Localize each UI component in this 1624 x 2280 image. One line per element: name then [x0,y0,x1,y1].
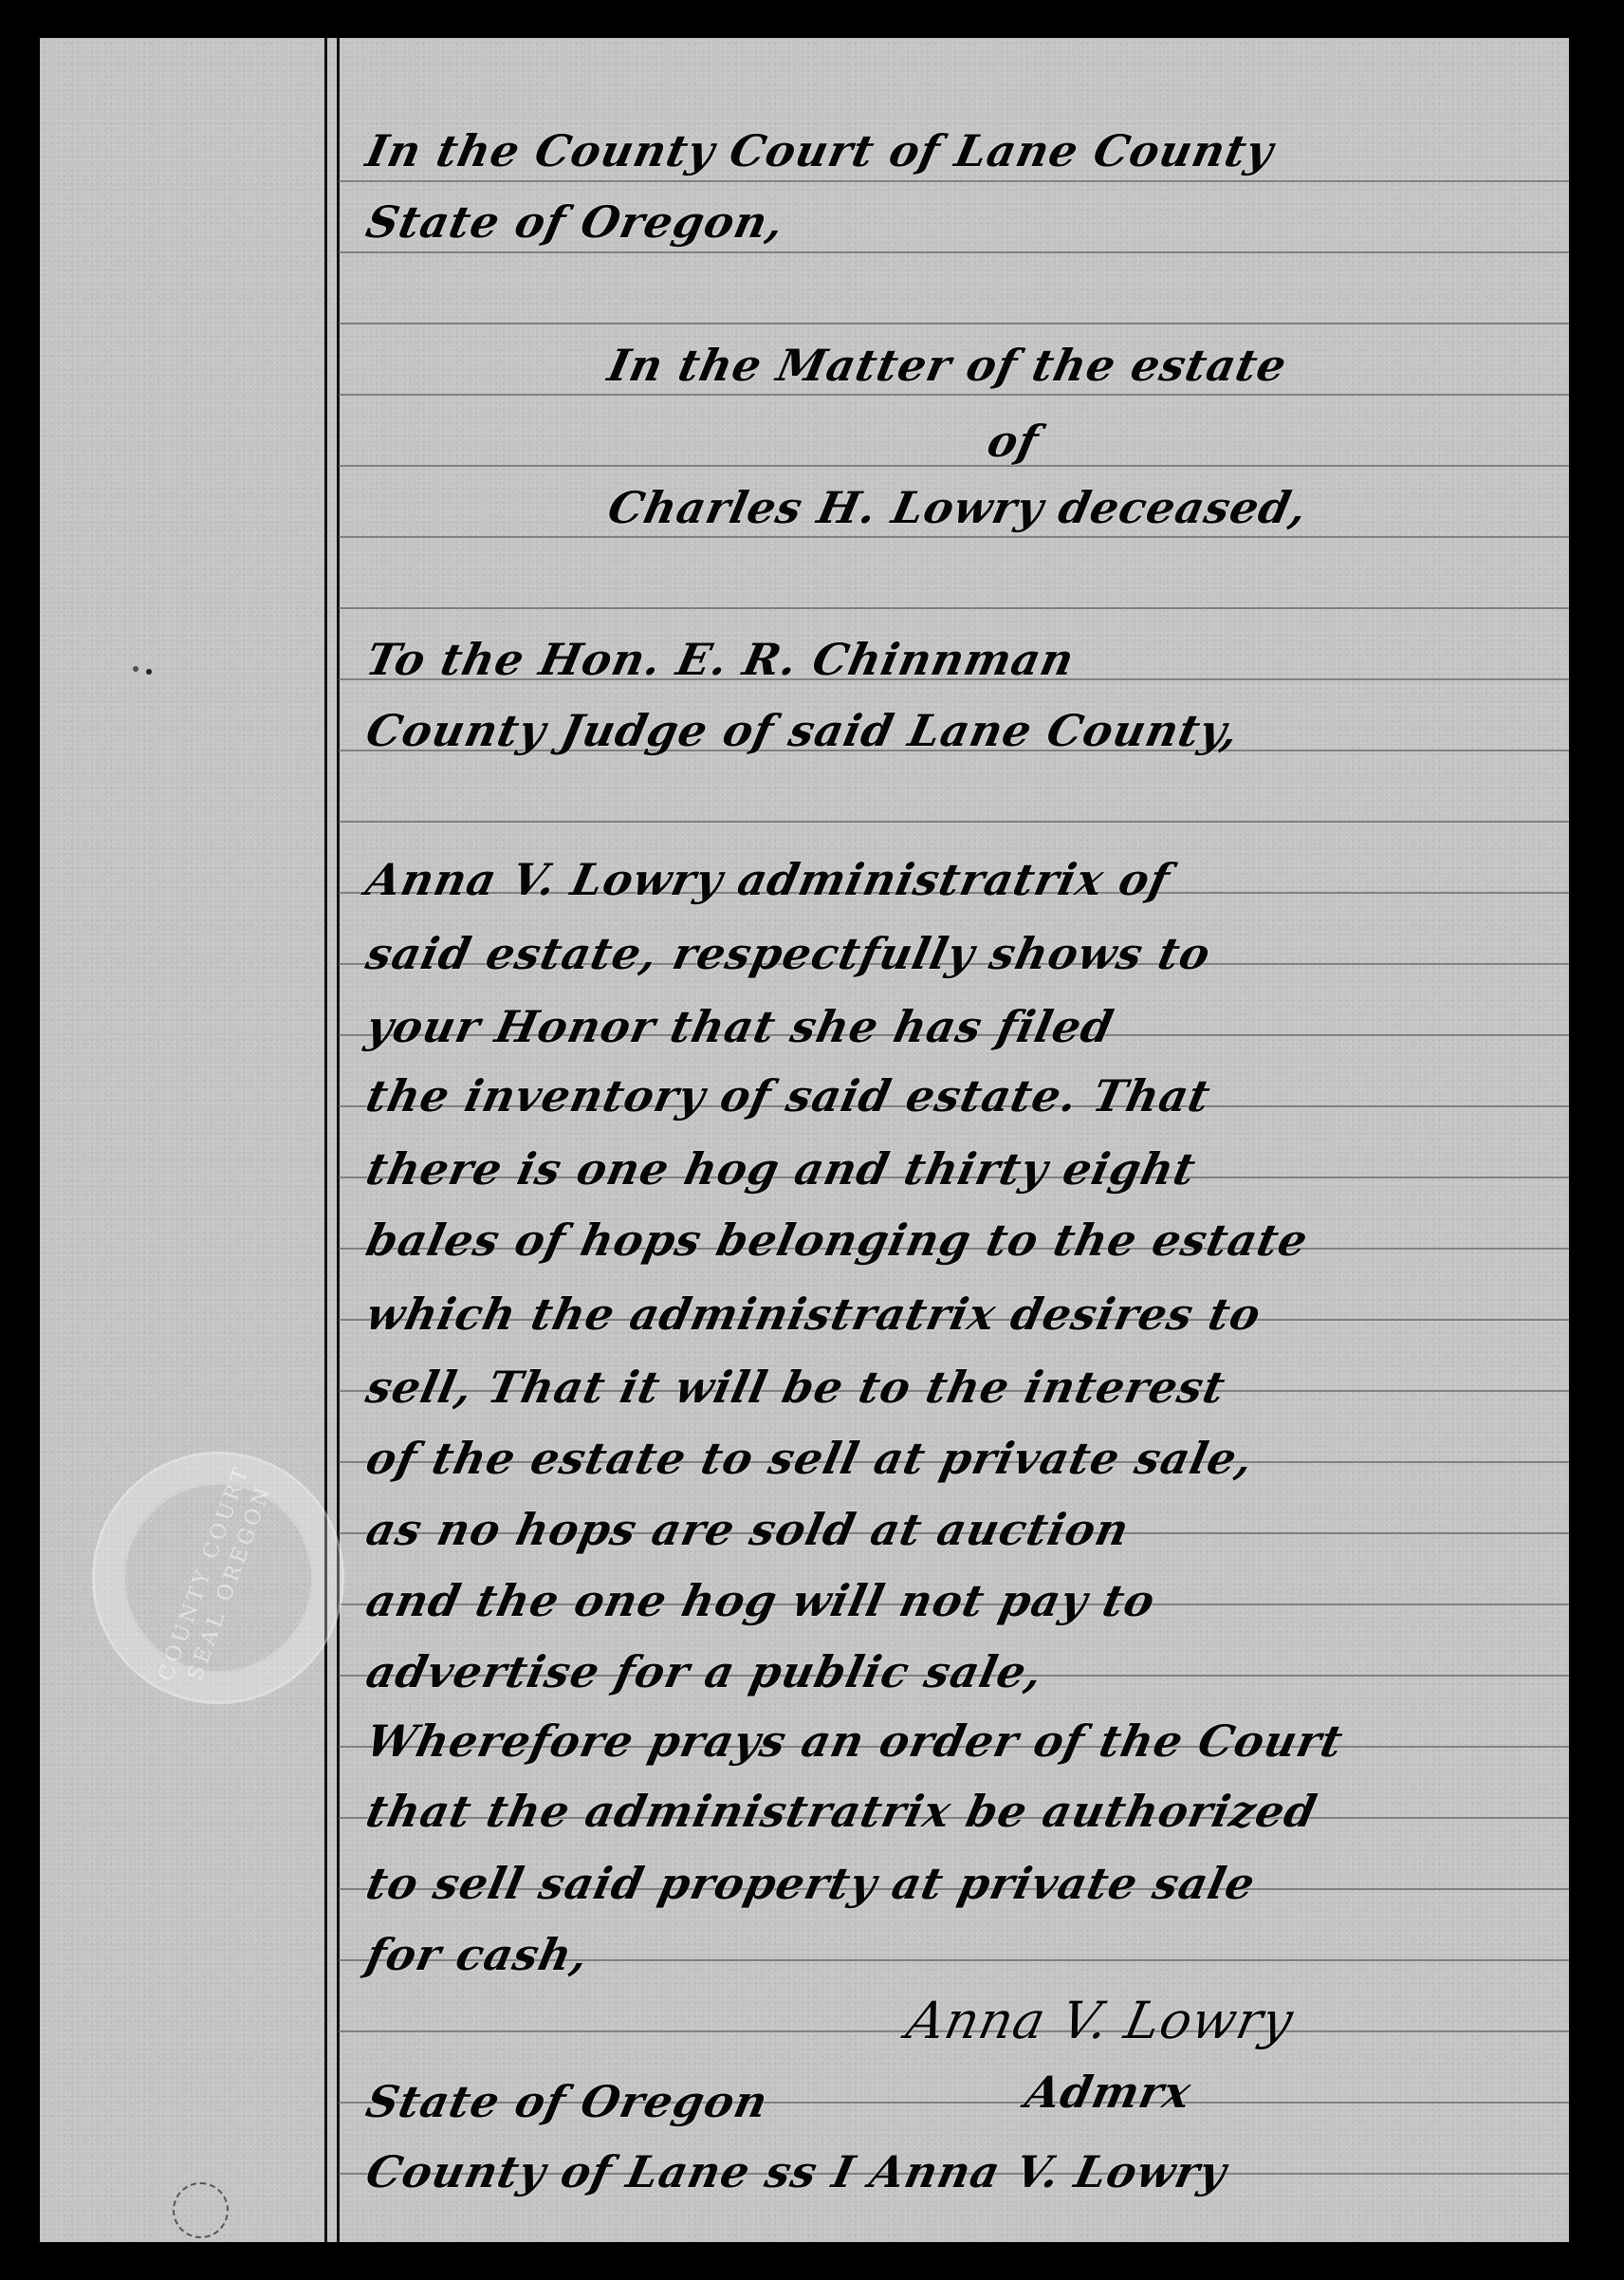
verification-county: County of Lane ss I Anna V. Lowry [361,2146,1231,2197]
ruled-line [339,251,1569,253]
ink-dot [133,666,138,672]
body-line: Anna V. Lowry administratrix of [361,854,1174,905]
decedent-name: Charles H. Lowry deceased, [603,482,1312,533]
ruled-line [339,394,1569,396]
body-line: and the one hog will not pay to [361,1575,1160,1626]
matter-line: In the Matter of the estate [603,340,1291,391]
ink-dot [146,669,152,675]
body-line: Wherefore prays an order of the Court [361,1715,1348,1767]
body-line: said estate, respectfully shows to [361,928,1215,979]
body-line: advertise for a public sale, [361,1646,1047,1697]
document-page: COUNTY COURT SEAL OREGON In the County C… [40,38,1569,2242]
body-line: as no hops are sold at auction [361,1504,1134,1555]
state-heading: State of Oregon, [361,196,789,248]
signature-title: Admrx [1021,2067,1196,2118]
ruled-line [339,607,1569,609]
body-line: your Honor that she has filed [361,1001,1118,1052]
signature: Anna V. Lowry [901,1991,1299,2050]
body-line: to sell said property at private sale [361,1858,1260,1909]
ruled-line [339,180,1569,182]
body-line: that the administratrix be authorized [361,1786,1321,1837]
margin-double-line [324,38,340,2242]
staple-hole-icon [173,2182,229,2238]
addressee-title: County Judge of said Lane County, [361,705,1244,756]
body-line: there is one hog and thirty eight [361,1143,1200,1195]
body-line: bales of hops belonging to the estate [361,1214,1313,1266]
court-heading: In the County Court of Lane County [361,125,1278,176]
ruled-line [339,536,1569,538]
addressee-line: To the Hon. E. R. Chinnman [361,634,1079,685]
matter-of: of [983,416,1043,467]
ruled-line [339,465,1569,467]
body-line: sell, That it will be to the interest [361,1362,1230,1413]
body-line: which the administratrix desires to [361,1288,1265,1340]
ruled-line [339,821,1569,823]
body-line: of the estate to sell at private sale, [361,1433,1258,1484]
verification-state: State of Oregon [361,2076,773,2127]
body-line: the inventory of said estate. That [361,1070,1215,1121]
ruled-line [339,323,1569,324]
body-line: for cash, [361,1929,593,1980]
